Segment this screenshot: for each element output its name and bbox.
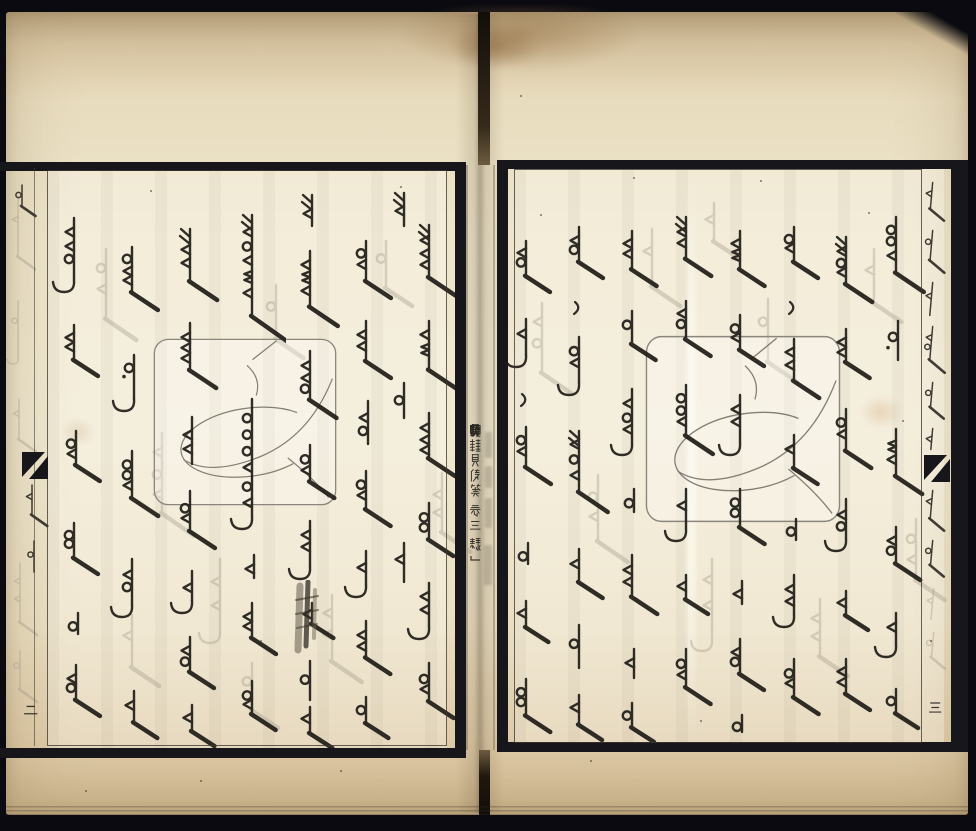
paper-speck [400,186,402,188]
page-stack-edges [6,806,968,815]
paper-speck [540,214,542,216]
paper-speck [520,95,522,97]
scanned-book-spread [0,0,976,831]
cjk-character [470,424,481,437]
paper-speck [902,420,904,422]
paper-speck [760,180,762,182]
cjk-character [470,424,481,437]
paper-speck [200,780,202,782]
paper-speck [700,720,702,722]
paper-speck [930,640,932,642]
paper-speck [590,760,592,762]
paper-speck [150,190,152,192]
paper-speck [868,212,870,214]
paper-speck [633,177,635,179]
paper-speck [85,790,87,792]
speck-layer [0,0,976,831]
paper-speck [480,100,482,102]
cjk-character [470,424,481,437]
corner-shadow-top-right [896,10,976,56]
paper-speck [340,770,342,772]
paper-speck [260,640,262,642]
cjk-character [470,424,481,437]
cjk-character [470,424,481,437]
